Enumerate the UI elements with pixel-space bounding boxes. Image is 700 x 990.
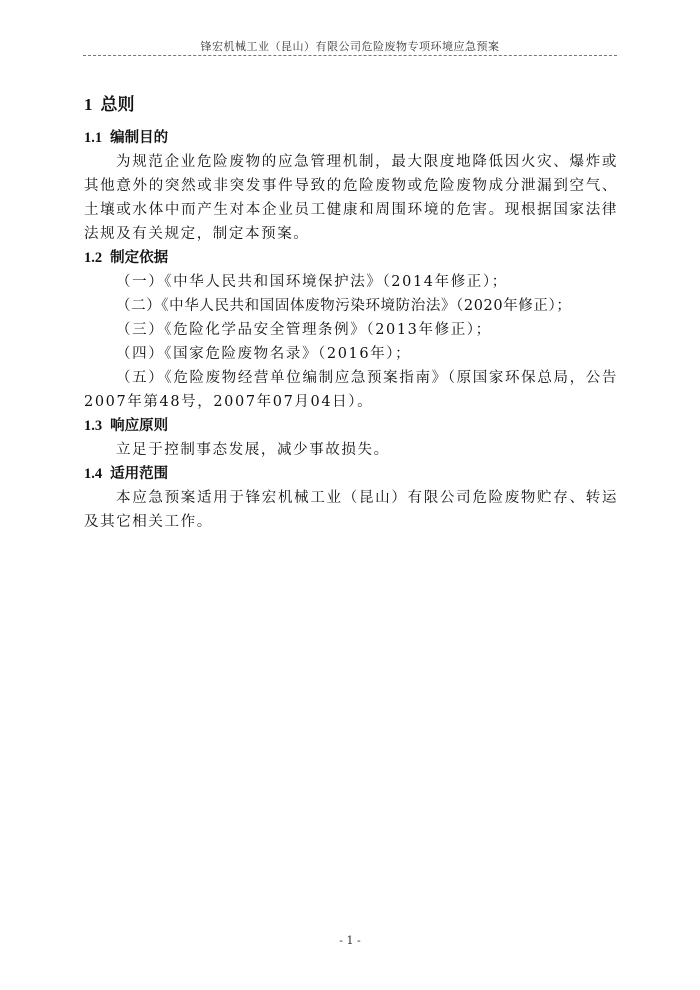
section-paragraph: 本应急预案适用于锋宏机械工业（昆山）有限公司危险废物贮存、转运及其它相关工作。 <box>84 486 618 534</box>
section-title: 适用范围 <box>110 466 168 482</box>
basis-item: （三）《危险化学品安全管理条例》（2013年修正）； <box>84 318 618 342</box>
section-heading-1-3: 1.3响应原则 <box>84 414 618 438</box>
section-title: 编制目的 <box>110 130 168 146</box>
chapter-title: 总则 <box>101 95 135 115</box>
section-heading-1-4: 1.4适用范围 <box>84 462 618 486</box>
page-header-title: 锋宏机械工业（昆山）有限公司危险废物专项环境应急预案 <box>83 38 617 54</box>
section-heading-1-2: 1.2制定依据 <box>84 246 618 270</box>
section-number: 1.1 <box>84 130 102 146</box>
page-number: - 1 - <box>0 934 700 947</box>
section-heading-1-1: 1.1编制目的 <box>84 126 618 150</box>
section-title: 响应原则 <box>110 418 168 434</box>
section-number: 1.3 <box>84 418 102 434</box>
section-number: 1.4 <box>84 466 102 482</box>
chapter-number: 1 <box>84 95 93 114</box>
section-paragraph: 立足于控制事态发展，减少事故损失。 <box>84 438 618 462</box>
section-number: 1.2 <box>84 250 102 266</box>
basis-item: （一）《中华人民共和国环境保护法》（2014年修正）； <box>84 270 618 294</box>
chapter-heading: 1总则 <box>84 92 618 118</box>
document-body: 1总则 1.1编制目的 为规范企业危险废物的应急管理机制，最大限度地降低因火灾、… <box>84 92 618 534</box>
basis-item: （四）《国家危险废物名录》（2016年）； <box>84 342 618 366</box>
section-paragraph: 为规范企业危险废物的应急管理机制，最大限度地降低因火灾、爆炸或其他意外的突然或非… <box>84 150 618 246</box>
basis-item: （五）《危险废物经营单位编制应急预案指南》（原国家环保总局，公告2007年第48… <box>84 366 618 414</box>
header-divider <box>83 55 617 56</box>
section-title: 制定依据 <box>110 250 168 266</box>
basis-item: （二）《中华人民共和国固体废物污染环境防治法》（2020年修正）； <box>84 294 618 318</box>
